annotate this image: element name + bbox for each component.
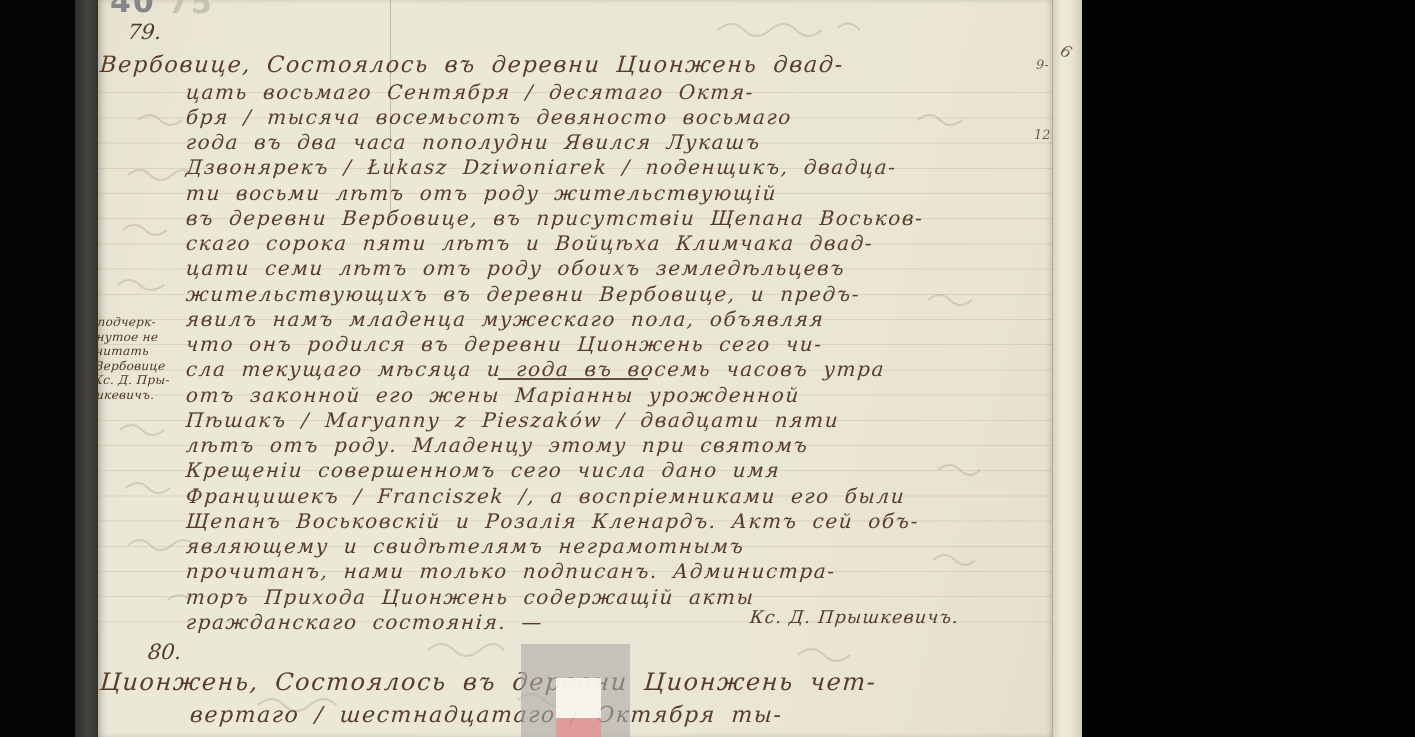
record-79-line: цать восьмаго Сентября / десятаго Октя- xyxy=(185,80,755,104)
record-79-line: являющему и свидѣтелямъ неграмотнымъ xyxy=(185,534,745,558)
record-79-line: явилъ намъ младенца мужескаго пола, объя… xyxy=(185,307,825,331)
record-79-line: бря / тысяча восемьсотъ девяносто восьма… xyxy=(185,105,793,129)
record-79-line: торъ Прихода Ционжень содержащій акты xyxy=(185,585,755,609)
record-79-line: ти восьми лѣтъ отъ роду жительствующій xyxy=(185,181,778,205)
record-79-line: въ деревни Вербовице, въ присутствіи Щеп… xyxy=(185,206,924,230)
watermark-flag-white-stripe xyxy=(556,678,601,718)
viewer-background-right xyxy=(1082,0,1415,737)
record-79-number: 79. xyxy=(127,20,163,44)
record-79-line: прочитанъ, нами только подписанъ. Админи… xyxy=(185,559,836,583)
priest-signature: Кс. Д. Прышкевичъ. xyxy=(749,608,960,628)
record-79-line: года въ два часа пополудни Явился Лукашъ xyxy=(185,130,761,154)
edge-ink-fragment: 9- xyxy=(1036,58,1049,73)
record-79-line: Дзвонярекъ / Łukasz Dziwoniarek / поденщ… xyxy=(185,155,897,179)
margin-note-line: Вербовице xyxy=(94,359,187,374)
record-80-line: вертаго / шестнадцатаго / Октября ты- xyxy=(189,703,783,728)
record-80-number: 80. xyxy=(147,640,183,664)
correction-underline xyxy=(498,378,648,380)
adjacent-page-edge: 6 xyxy=(1052,0,1083,737)
viewer-background-left xyxy=(0,0,75,737)
record-79-line: Вербовице, Состоялось въ деревни Ционжен… xyxy=(99,52,845,78)
scan-canvas: 40 75 79. Вербовице, Состоялось въ дерев… xyxy=(0,0,1415,737)
document-page: 40 75 79. Вербовице, Состоялось въ дерев… xyxy=(98,0,1052,737)
record-79-line: отъ законной его жены Маріанны урожденно… xyxy=(185,383,801,407)
margin-note-line: подчерк- xyxy=(97,315,190,330)
record-79-line: гражданскаго состоянія. — xyxy=(185,610,544,634)
record-79-line: скаго сорока пяти лѣтъ и Войцѣха Климчак… xyxy=(185,231,874,255)
margin-correction-note: подчерк- нутое не читать Вербовице Кс. Д… xyxy=(92,315,190,403)
watermark-flag-red-stripe xyxy=(556,718,601,737)
record-79-line: Францишекъ / Franciszek /, а воспріемник… xyxy=(185,484,906,508)
margin-note-line: Кс. Д. Пры- xyxy=(93,373,186,388)
record-79-line: Крещеніи совершенномъ сего числа дано им… xyxy=(185,458,781,482)
record-79-line: Пѣшакъ / Maryanny z Pieszaków / двадцати… xyxy=(185,408,840,432)
record-80-line: Ционжень, Состоялось въ деревни Ционжень… xyxy=(99,668,878,696)
record-79-line: цати семи лѣтъ отъ роду обоихъ земледѣль… xyxy=(185,256,846,280)
pencil-page-number: 40 xyxy=(110,0,156,20)
record-79-line: что онъ родился въ деревни Ционжень сего… xyxy=(185,332,823,356)
margin-note-line: нутое не xyxy=(96,330,189,345)
edge-ink-fragment: 12 xyxy=(1034,128,1051,143)
edge-ink-fragment: 6 xyxy=(1058,41,1075,63)
record-79-line: Щепанъ Воськовскій и Розалія Кленардъ. А… xyxy=(185,509,920,533)
watermark-flag xyxy=(521,644,630,737)
record-79-line: жительствующихъ въ деревни Вербовице, и … xyxy=(185,282,861,306)
margin-note-line: читать xyxy=(95,344,188,359)
record-79-line: лѣтъ отъ роду. Младенцу этому при святом… xyxy=(185,433,809,457)
pencil-page-number-faint: 75 xyxy=(168,0,214,21)
margin-note-line: шкевичъ. xyxy=(92,388,185,403)
